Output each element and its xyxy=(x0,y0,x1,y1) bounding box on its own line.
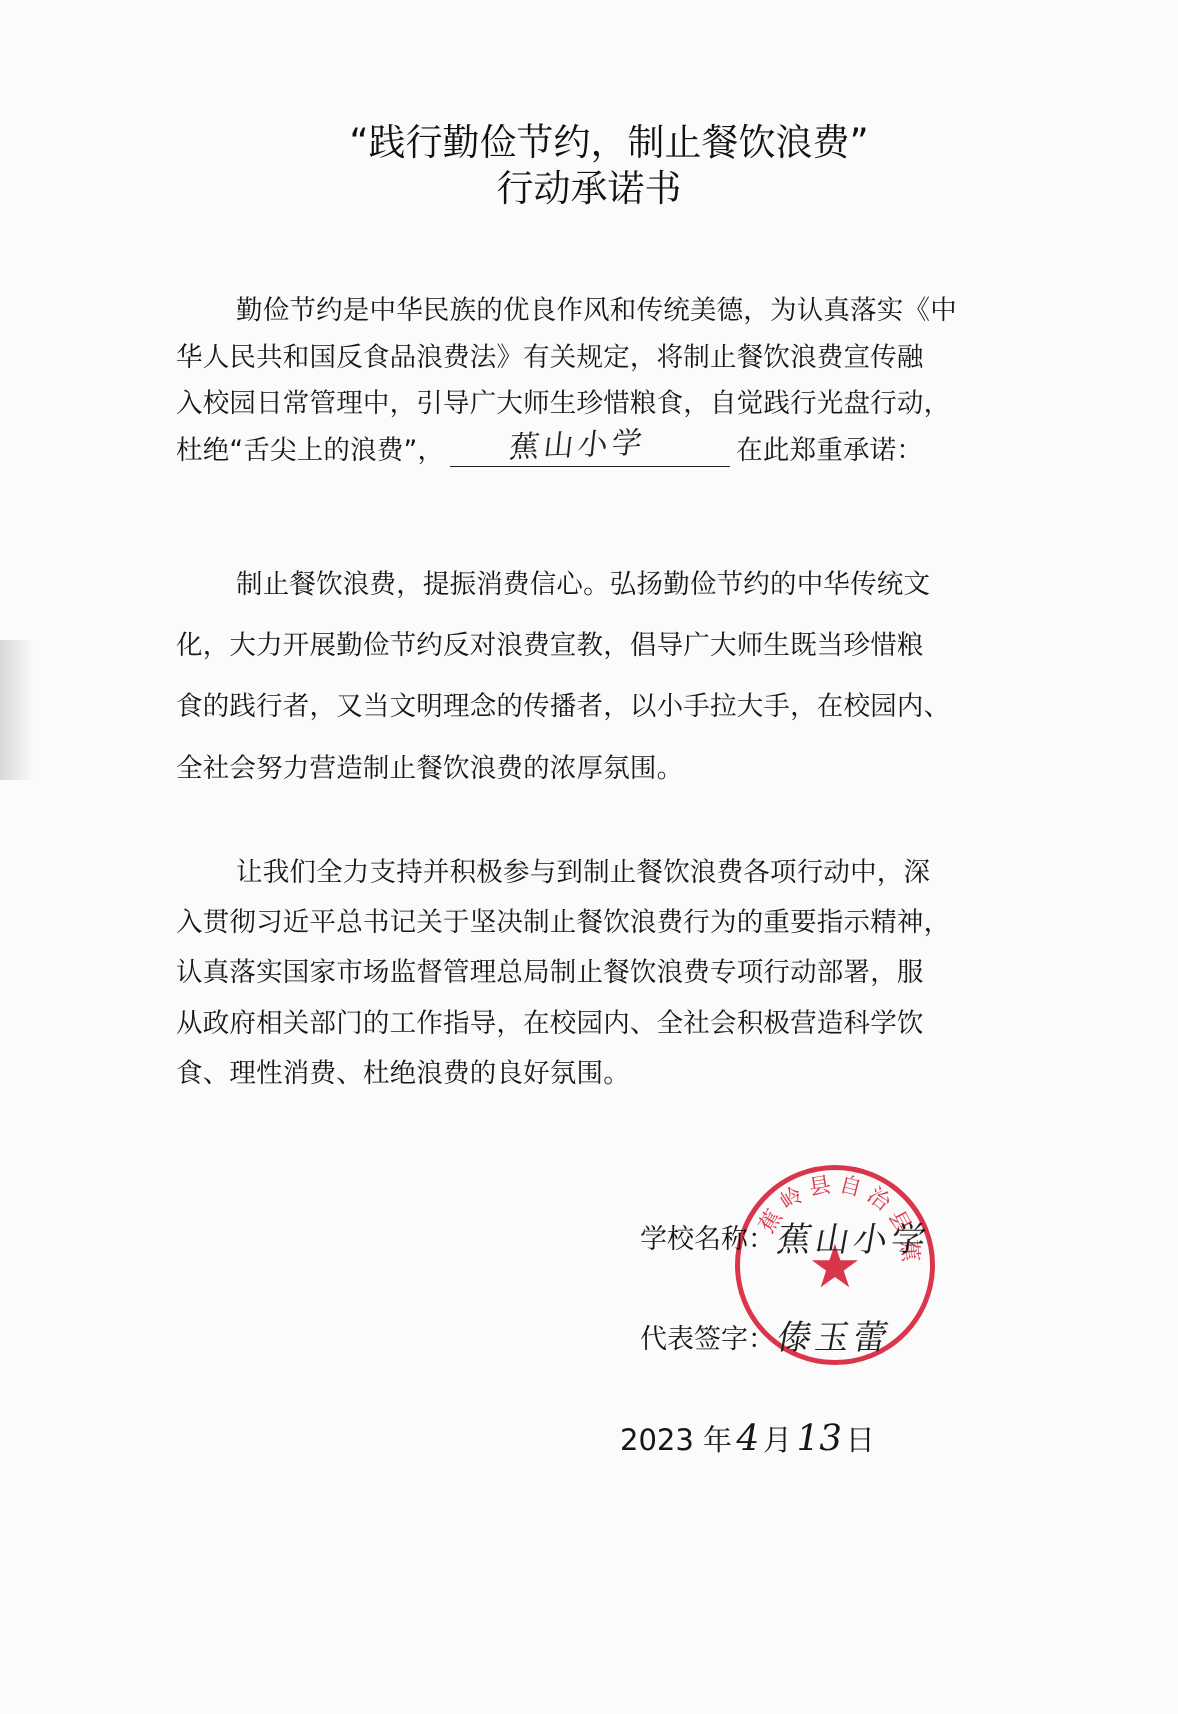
document-subtitle: 行动承诺书 xyxy=(0,166,1178,212)
paragraph-line: 入贯彻习近平总书记关于坚决制止餐饮浪费行为的重要指示精神， xyxy=(176,900,950,939)
scan-edge-shadow xyxy=(0,640,34,780)
document-title: “践行勤俭节约，制止餐饮浪费” xyxy=(20,120,1178,166)
paragraph-line: 华人民共和国反食品浪费法》有关规定，将制止餐饮浪费宣传融 xyxy=(176,335,924,374)
signing-date: 2023 年4月13日 xyxy=(620,1418,875,1459)
paragraph-line: 化，大力开展勤俭节约反对浪费宣教，倡导广大师生既当珍惜粮 xyxy=(176,623,924,662)
school-name-signature: 蕉山小学 xyxy=(774,1212,935,1261)
paragraph-line: 认真落实国家市场监督管理总局制止餐饮浪费专项行动部署，服 xyxy=(176,950,924,989)
commitment-prefix: 杜绝“舌尖上的浪费”， xyxy=(176,435,444,466)
date-day-suffix: 日 xyxy=(846,1423,875,1457)
paragraph-line: 制止餐饮浪费，提振消费信心。弘扬勤俭节约的中华传统文 xyxy=(176,562,930,601)
date-day: 13 xyxy=(792,1418,845,1459)
paragraph-line: 全社会努力营造制止餐饮浪费的浓厚氛围。 xyxy=(176,746,683,785)
date-month: 4 xyxy=(732,1418,762,1459)
paragraph-line: 入校园日常管理中，引导广大师生珍惜粮食，自觉践行光盘行动， xyxy=(176,381,950,420)
paragraph-line: 勤俭节约是中华民族的优良作风和传统美德，为认真落实《中 xyxy=(176,288,957,327)
paragraph-line: 食、理性消费、杜绝浪费的良好氛围。 xyxy=(176,1051,630,1090)
school-name-label: 学校名称： xyxy=(640,1217,775,1256)
commitment-line: 杜绝“舌尖上的浪费”，蕉山小学在此郑重承诺： xyxy=(176,428,923,467)
paragraph-line: 食的践行者，又当文明理念的传播者，以小手拉大手，在校园内、 xyxy=(176,684,950,723)
date-month-suffix: 月 xyxy=(763,1423,792,1457)
date-year: 2023 xyxy=(620,1423,694,1457)
representative-signature: 傣玉蕾 xyxy=(774,1310,897,1359)
commitment-suffix: 在此郑重承诺： xyxy=(736,435,923,466)
school-name-fill-in: 蕉山小学 xyxy=(450,436,730,467)
representative-label: 代表签字： xyxy=(640,1317,775,1356)
paragraph-line: 让我们全力支持并积极参与到制止餐饮浪费各项行动中，深 xyxy=(176,850,930,889)
paragraph-line: 从政府相关部门的工作指导，在校园内、全社会积极营造科学饮 xyxy=(176,1001,924,1040)
date-year-suffix: 年 xyxy=(703,1423,732,1457)
handwritten-school-name: 蕉山小学 xyxy=(508,418,649,467)
